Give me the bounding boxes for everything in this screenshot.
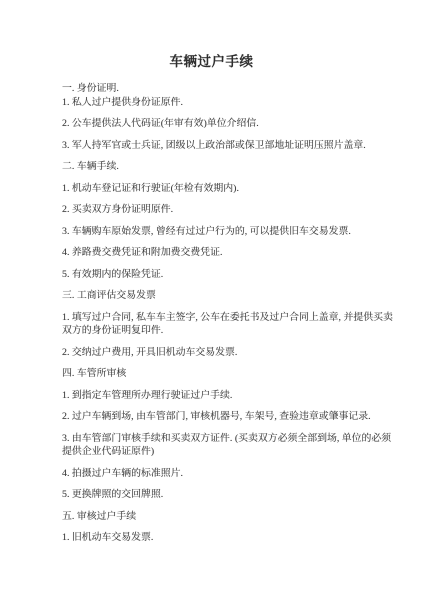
list-item: 2. 公车提供法人代码证(年审有效)单位介绍信. xyxy=(62,117,399,131)
list-item: 1. 到指定车管理所办理行驶证过户手续. xyxy=(62,389,399,403)
list-item: 1. 旧机动车交易发票. xyxy=(62,531,399,545)
section-heading: 三. 工商评估交易发票 xyxy=(62,289,399,303)
list-item: 4. 拍摄过户车辆的标准照片. xyxy=(62,467,399,481)
list-item: 5. 有效期内的保险凭证. xyxy=(62,268,399,282)
document-body: 一. 身份证明. 1. 私人过户提供身份证原件. 2. 公车提供法人代码证(年审… xyxy=(62,82,399,545)
list-item: 1. 机动车登记证和行驶证(年检有效期内). xyxy=(62,182,399,196)
list-item: 2. 过户车辆到场, 由车管部门, 审核机器号, 车架号, 查验违章或肇事记录. xyxy=(62,410,399,424)
list-item: 3. 由车管部门审核手续和买卖双方证件. (买卖双方必须全部到场, 单位的必须提… xyxy=(62,432,399,459)
section-heading: 四. 车管所审核 xyxy=(62,367,399,381)
list-item: 2. 交纳过户费用, 开具旧机动车交易发票. xyxy=(62,346,399,360)
document-page: 车辆过户手续 一. 身份证明. 1. 私人过户提供身份证原件. 2. 公车提供法… xyxy=(0,0,423,600)
page-title: 车辆过户手续 xyxy=(0,0,423,70)
section-heading: 五. 审核过户手续 xyxy=(62,510,399,524)
list-item: 3. 军人持军官或士兵证, 团级以上政治部或保卫部地址证明压照片盖章. xyxy=(62,139,399,153)
list-item: 1. 私人过户提供身份证原件. xyxy=(62,96,399,110)
list-item: 5. 更换牌照的交回牌照. xyxy=(62,488,399,502)
list-item: 4. 养路费交费凭证和附加费交费凭证. xyxy=(62,246,399,260)
list-item: 3. 车辆购车原始发票, 曾经有过过户行为的, 可以提供旧车交易发票. xyxy=(62,225,399,239)
section-heading: 二. 车辆手续. xyxy=(62,160,399,174)
section-heading: 一. 身份证明. xyxy=(62,82,399,96)
list-item: 1. 填写过户合同, 私车车主签字, 公车在委托书及过户合同上盖章, 并提供买卖… xyxy=(62,311,399,338)
list-item: 2. 买卖双方身份证明原件. xyxy=(62,203,399,217)
